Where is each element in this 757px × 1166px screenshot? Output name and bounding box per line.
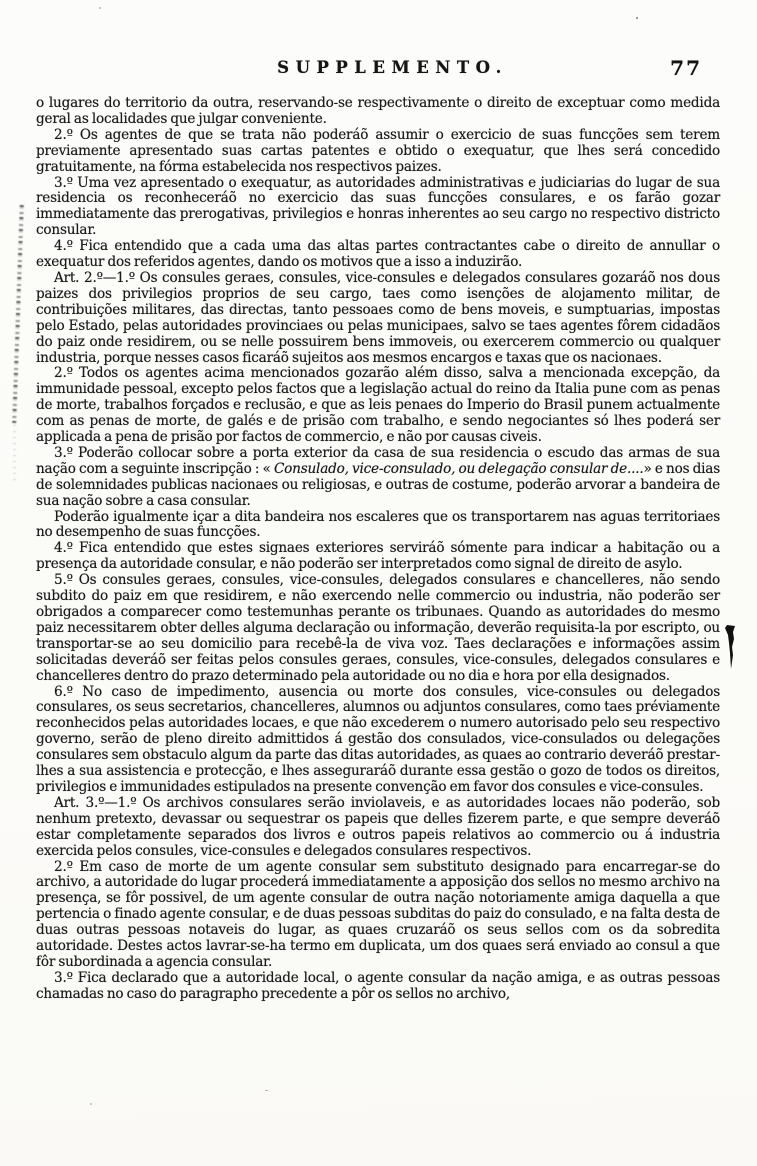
- scanned-book-page: SUPPLEMENTO. 77 o lugares do territorio …: [0, 0, 757, 1166]
- page-number: 77: [670, 56, 702, 80]
- paragraph-clause-2: 2.º Os agentes de que se trata não poder…: [36, 128, 720, 176]
- paragraph-art2-clause-1: Art. 2.º—1.º Os consules geraes, consule…: [36, 271, 720, 366]
- paragraph-flag-clause: Poderão igualmente içar a dita bandeira …: [36, 510, 720, 542]
- paragraph-art2-clause-5: 5.º Os consules geraes, consules, vice-c…: [36, 573, 720, 684]
- dust-speck: [99, 7, 101, 9]
- consulate-inscription-quote: Consulado, vice-consulado, ou delegação …: [274, 461, 644, 477]
- dust-speck: [636, 17, 638, 19]
- paragraph-clause-3: 3.º Uma vez apresentado o exequatur, as …: [36, 176, 720, 240]
- running-title: SUPPLEMENTO.: [14, 58, 757, 77]
- paragraph-art2-clause-3: 3.º Poderão collocar sobre a porta exter…: [36, 446, 720, 510]
- binding-gutter-marks: [12, 205, 24, 423]
- dust-speck: [484, 186, 486, 188]
- document-body: o lugares do territorio da outra, reserv…: [36, 96, 720, 1003]
- dust-speck: [90, 1103, 92, 1105]
- paragraph-continuation: o lugares do territorio da outra, reserv…: [36, 96, 720, 128]
- paragraph-art2-clause-4: 4.º Fica entendido que estes signaes ext…: [36, 541, 720, 573]
- dust-speck: [265, 1090, 268, 1091]
- paragraph-art3-clause-2: 2.º Em caso de morte de um agente consul…: [36, 860, 720, 971]
- ink-blot-artifact: [725, 625, 737, 669]
- paragraph-art2-clause-6: 6.º No caso de impedimento, ausencia ou …: [36, 685, 720, 796]
- binding-gutter-marks-faint: [13, 425, 16, 480]
- paragraph-art3-clause-3: 3.º Fica declarado que a autoridade loca…: [36, 971, 720, 1003]
- page-header: SUPPLEMENTO. 77: [0, 0, 757, 94]
- paragraph-clause-4: 4.º Fica entendido que a cada uma das al…: [36, 239, 720, 271]
- paragraph-art3-clause-1: Art. 3.º—1.º Os archivos consulares serã…: [36, 796, 720, 860]
- paragraph-art2-clause-2: 2.º Todos os agentes acima mencionados g…: [36, 366, 720, 446]
